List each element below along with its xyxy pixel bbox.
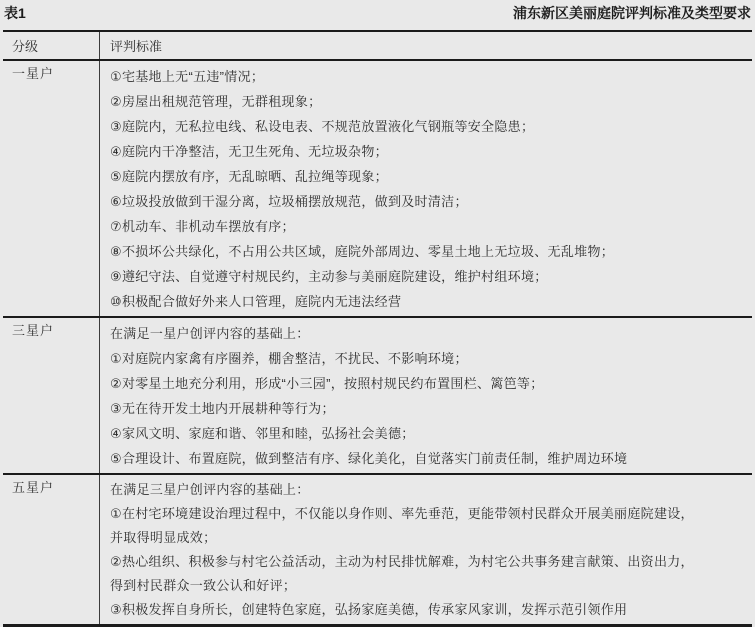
criteria-cell-five-star: 在满足三星户创评内容的基础上： ①在村宅环境建设治理过程中，不仅能以身作则、率先… — [100, 475, 752, 624]
criteria-line: ⑦机动车、非机动车摆放有序； — [110, 214, 746, 239]
table-row-one-star: 一星户 ①宅基地上无“五违”情况； ②房屋出租规范管理，无群租现象； ③庭院内，… — [3, 59, 752, 316]
criteria-line: 在满足三星户创评内容的基础上： — [110, 478, 746, 502]
criteria-line: ②房屋出租规范管理，无群租现象； — [110, 89, 746, 114]
row-label-three-star: 三星户 — [3, 318, 100, 473]
criteria-line: ⑥垃圾投放做到干湿分离，垃圾桶摆放规范，做到及时清洁； — [110, 189, 746, 214]
table-title: 浦东新区美丽庭院评判标准及类型要求 — [513, 3, 751, 23]
row-label-five-star: 五星户 — [3, 475, 100, 624]
table-number: 表1 — [4, 3, 26, 23]
criteria-line: ②对零星土地充分利用，形成“小三园”，按照村规民约布置围栏、篱笆等； — [110, 371, 746, 396]
column-header-criteria: 评判标准 — [100, 32, 752, 59]
criteria-line: ①对庭院内家禽有序圈养，棚舍整洁，不扰民、不影响环境； — [110, 346, 746, 371]
table-caption: 表1 浦东新区美丽庭院评判标准及类型要求 — [0, 0, 755, 30]
criteria-line: ③积极发挥自身所长，创建特色家庭，弘扬家庭美德，传承家风家训，发挥示范引领作用 — [110, 598, 746, 622]
criteria-line: ③庭院内，无私拉电线、私设电表、不规范放置液化气钢瓶等安全隐患； — [110, 114, 746, 139]
column-header-grade: 分级 — [3, 32, 100, 59]
criteria-line: 在满足一星户创评内容的基础上： — [110, 321, 746, 346]
criteria-table: 分级 评判标准 一星户 ①宅基地上无“五违”情况； ②房屋出租规范管理，无群租现… — [3, 30, 752, 627]
criteria-line: 得到村民群众一致公认和好评； — [110, 574, 746, 598]
criteria-line: ⑩积极配合做好外来人口管理，庭院内无违法经营 — [110, 289, 746, 314]
criteria-line: ⑤合理设计、布置庭院，做到整洁有序、绿化美化，自觉落实门前责任制，维护周边环境 — [110, 446, 746, 471]
criteria-line: ⑧不损坏公共绿化，不占用公共区域，庭院外部周边、零星土地上无垃圾、无乱堆物； — [110, 239, 746, 264]
criteria-line: ④庭院内干净整洁，无卫生死角、无垃圾杂物； — [110, 139, 746, 164]
criteria-cell-three-star: 在满足一星户创评内容的基础上： ①对庭院内家禽有序圈养，棚舍整洁，不扰民、不影响… — [100, 318, 752, 473]
criteria-line: 并取得明显成效； — [110, 526, 746, 550]
table-header-row: 分级 评判标准 — [3, 32, 752, 59]
criteria-line: ④家风文明、家庭和谐、邻里和睦，弘扬社会美德； — [110, 421, 746, 446]
criteria-line: ③无在待开发土地内开展耕种等行为； — [110, 396, 746, 421]
criteria-line: ⑤庭院内摆放有序，无乱晾晒、乱拉绳等现象； — [110, 164, 746, 189]
table-row-three-star: 三星户 在满足一星户创评内容的基础上： ①对庭院内家禽有序圈养，棚舍整洁，不扰民… — [3, 316, 752, 473]
row-label-one-star: 一星户 — [3, 61, 100, 316]
criteria-line: ①在村宅环境建设治理过程中，不仅能以身作则、率先垂范，更能带领村民群众开展美丽庭… — [110, 502, 746, 526]
table-row-five-star: 五星户 在满足三星户创评内容的基础上： ①在村宅环境建设治理过程中，不仅能以身作… — [3, 473, 752, 624]
criteria-line: ②热心组织、积极参与村宅公益活动，主动为村民排忧解难，为村宅公共事务建言献策、出… — [110, 550, 746, 574]
criteria-line: ①宅基地上无“五违”情况； — [110, 64, 746, 89]
document-page: 表1 浦东新区美丽庭院评判标准及类型要求 分级 评判标准 一星户 ①宅基地上无“… — [0, 0, 755, 627]
criteria-cell-one-star: ①宅基地上无“五违”情况； ②房屋出租规范管理，无群租现象； ③庭院内，无私拉电… — [100, 61, 752, 316]
criteria-line: ⑨遵纪守法、自觉遵守村规民约，主动参与美丽庭院建设，维护村组环境； — [110, 264, 746, 289]
